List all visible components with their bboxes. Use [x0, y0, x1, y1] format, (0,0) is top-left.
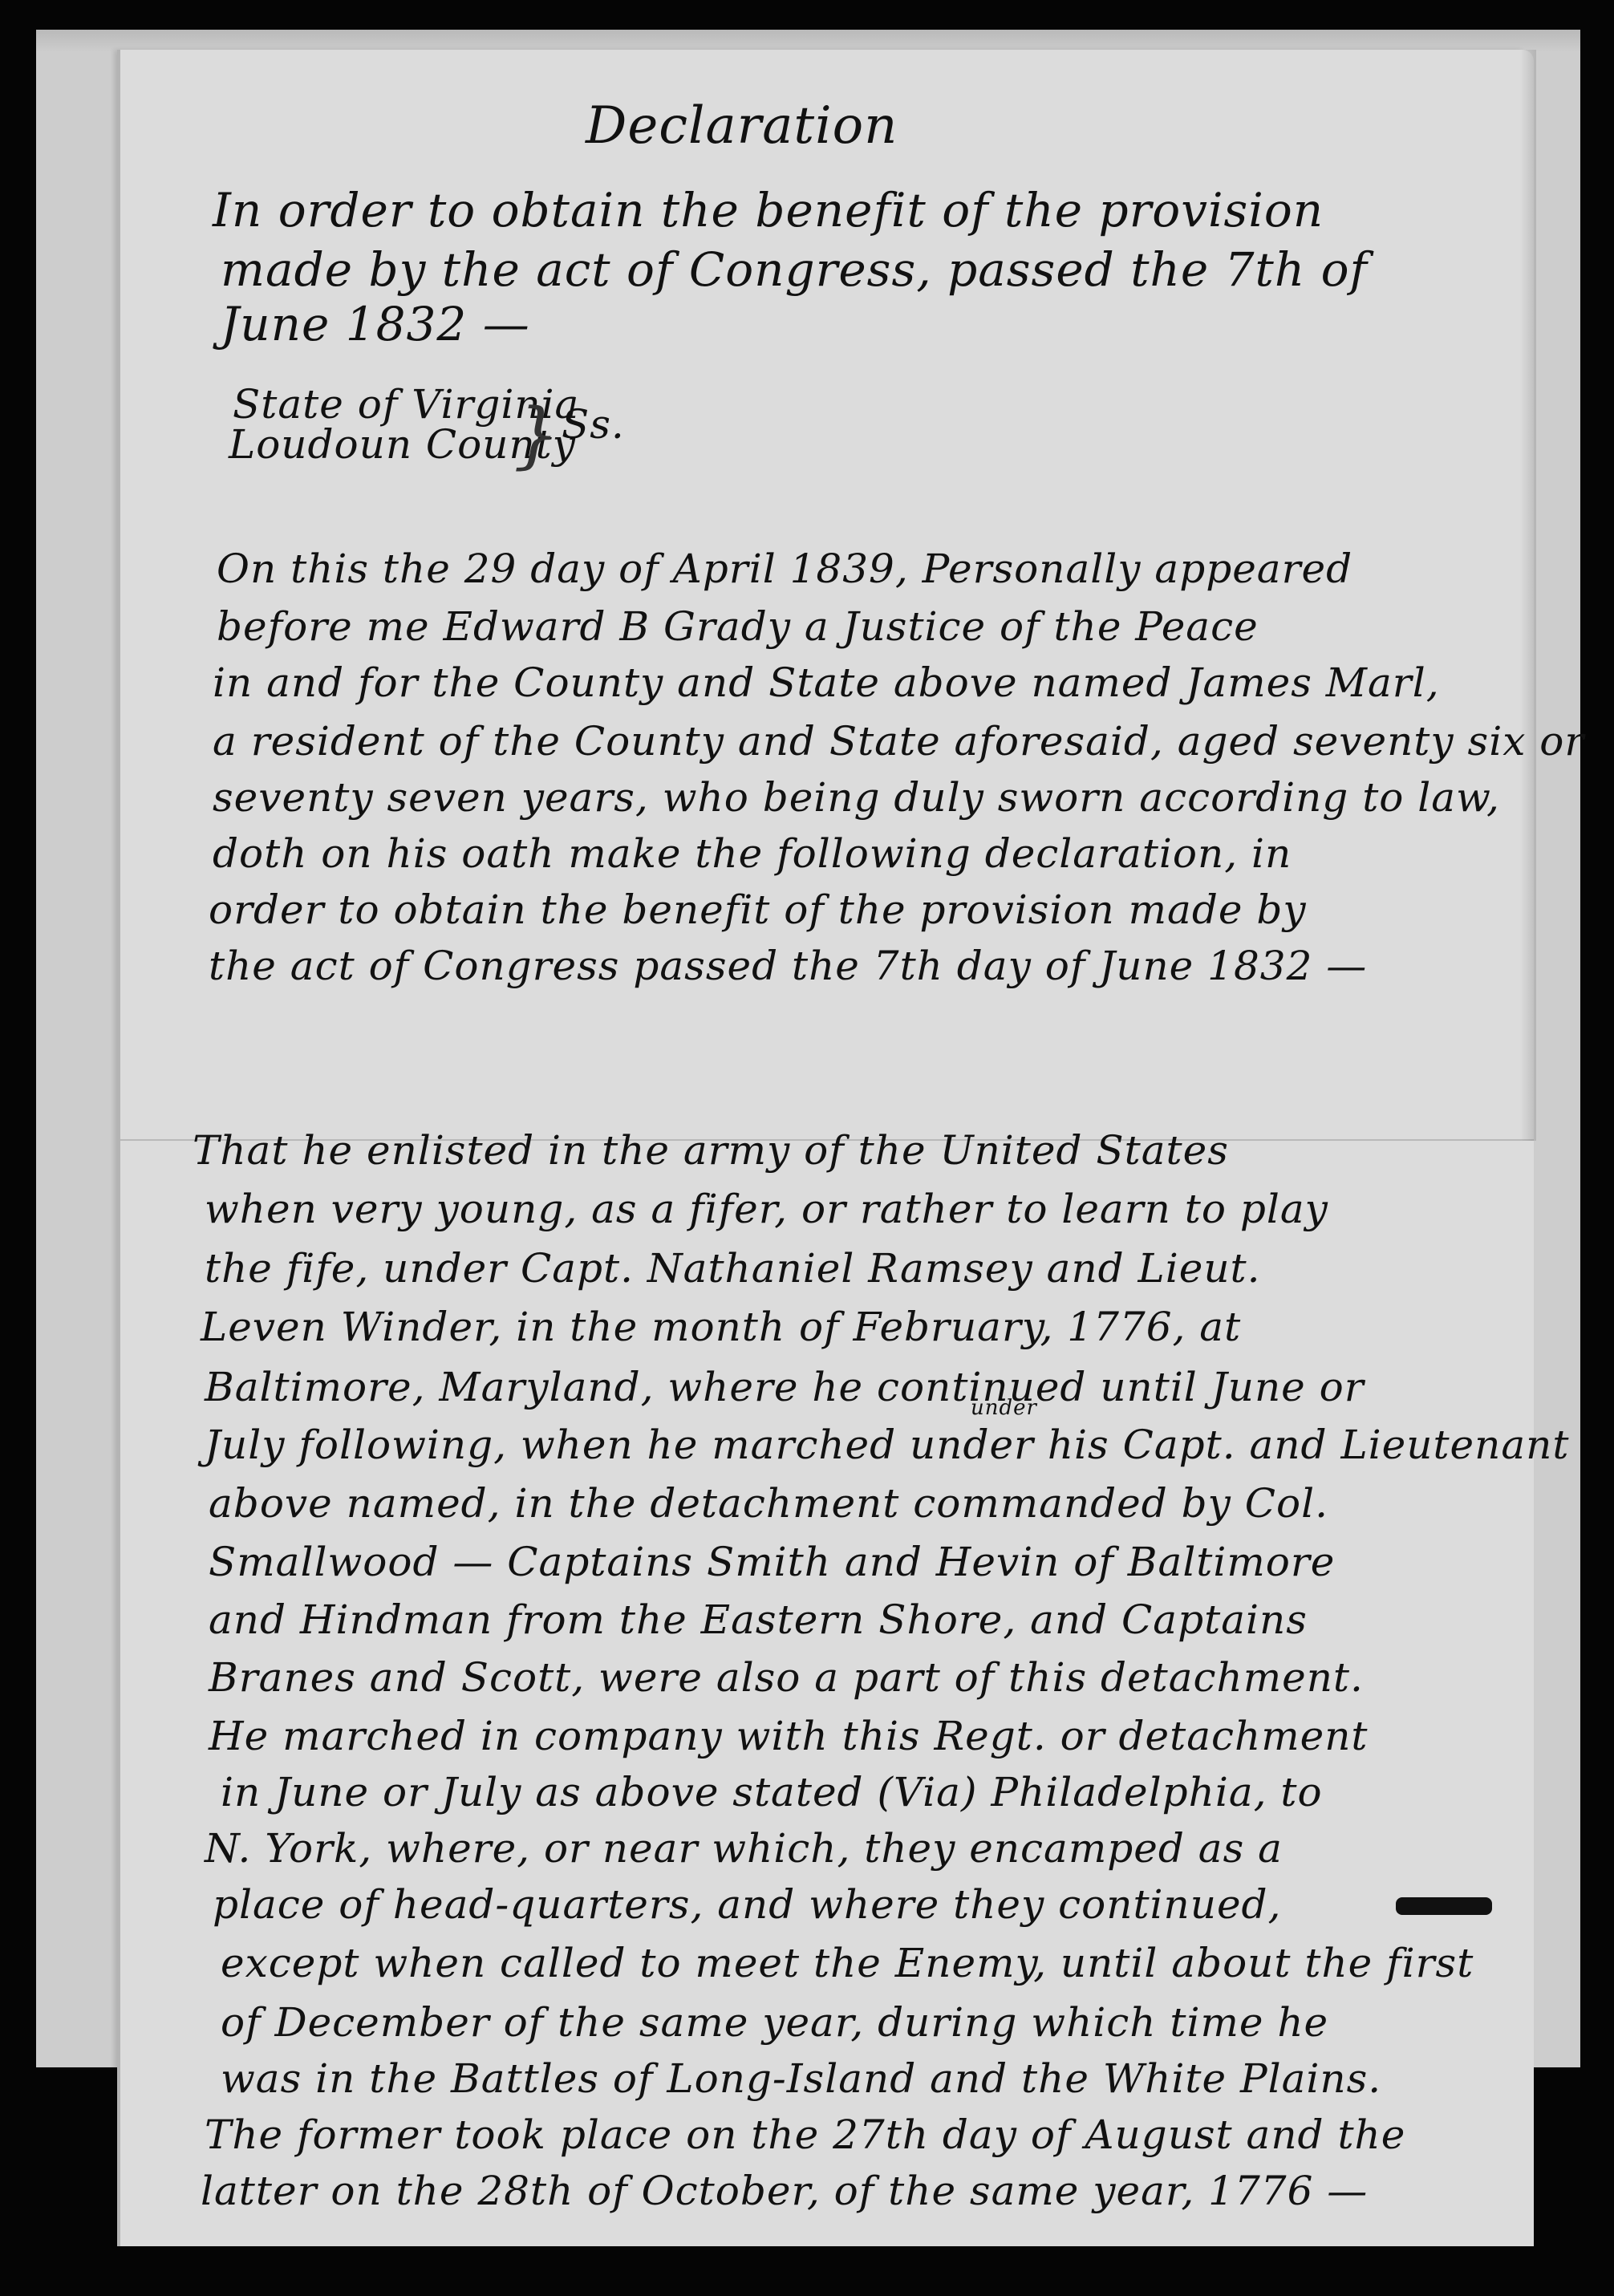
text-line: before me Edward B Grady a Justice of th…: [217, 603, 1259, 650]
venue-ss: Ss.: [562, 401, 625, 448]
text-line: The former took place on the 27th day of…: [205, 2111, 1405, 2158]
text-line: doth on his oath make the following decl…: [213, 830, 1292, 877]
text-line: Baltimore, Maryland, where he continued …: [205, 1364, 1365, 1410]
text-line: He marched in company with this Regt. or…: [209, 1713, 1369, 1759]
text-line: the fife, under Capt. Nathaniel Ramsey a…: [205, 1245, 1261, 1292]
text-line: when very young, as a fifer, or rather t…: [205, 1186, 1328, 1232]
text-line: Smallwood — Captains Smith and Hevin of …: [209, 1539, 1335, 1585]
text-line: latter on the 28th of October, of the sa…: [201, 2168, 1368, 2214]
text-line: seventy seven years, who being duly swor…: [213, 774, 1500, 821]
text-line: N. York, where, or near which, they enca…: [205, 1825, 1283, 1872]
text-line: Branes and Scott, were also a part of th…: [209, 1654, 1364, 1701]
text-line: of December of the same year, during whi…: [221, 1999, 1328, 2046]
page-edge-shadow: [1520, 50, 1536, 1141]
text-line: was in the Battles of Long-Island and th…: [221, 2055, 1381, 2102]
text-line: in and for the County and State above na…: [213, 659, 1440, 706]
text-line: That he enlisted in the army of the Unit…: [193, 1127, 1229, 1174]
text-line: On this the 29 day of April 1839, Person…: [217, 546, 1352, 592]
text-line: above named, in the detachment commanded…: [209, 1480, 1328, 1527]
text-line: July following, when he marched under hi…: [205, 1422, 1569, 1468]
caret-insertion: under: [971, 1396, 1037, 1420]
text-line: and Hindman from the Eastern Shore, and …: [209, 1596, 1308, 1643]
venue-brace: }: [513, 393, 560, 477]
text-line: in June or July as above stated (Via) Ph…: [221, 1769, 1323, 1815]
preamble-line: In order to obtain the benefit of the pr…: [213, 183, 1324, 237]
text-line: a resident of the County and State afore…: [213, 718, 1584, 765]
ink-blot-strikeout: [1396, 1897, 1492, 1915]
text-line: except when called to meet the Enemy, un…: [221, 1940, 1474, 1986]
text-line: the act of Congress passed the 7th day o…: [209, 943, 1367, 989]
text-line: order to obtain the benefit of the provi…: [209, 886, 1307, 933]
preamble-line: June 1832 —: [221, 297, 530, 351]
text-line: place of head-quarters, and where they c…: [213, 1881, 1281, 1928]
preamble-line: made by the act of Congress, passed the …: [221, 242, 1368, 297]
document-title: Declaration: [586, 96, 898, 156]
text-line: Leven Winder, in the month of February, …: [201, 1304, 1241, 1350]
